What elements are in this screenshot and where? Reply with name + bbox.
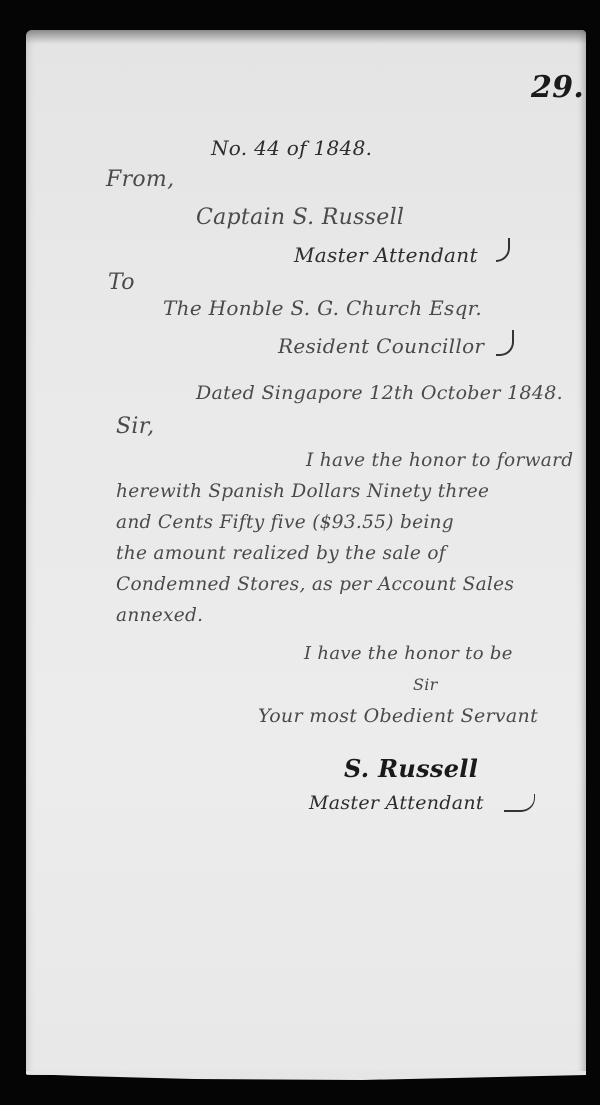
sender-name: Captain S. Russell <box>196 205 404 230</box>
from-label: From, <box>106 167 174 192</box>
body-line: and Cents Fifty five ($93.55) being <box>116 512 454 533</box>
to-label: To <box>108 270 135 295</box>
reference-number: No. 44 of 1848. <box>211 136 372 160</box>
body-line: I have the honor to forward <box>306 450 573 471</box>
recipient-name: The Honble S. G. Church Esqr. <box>163 296 482 320</box>
sender-title: Master Attendant <box>294 243 478 267</box>
salutation: Sir, <box>116 414 154 439</box>
body-line: Condemned Stores, as per Account Sales <box>116 574 514 595</box>
closing-sir: Sir <box>413 675 438 694</box>
flourish-underline <box>504 794 535 812</box>
body-line: annexed. <box>116 605 203 626</box>
closing-servant: Your most Obedient Servant <box>258 705 538 727</box>
date-line: Dated Singapore 12th October 1848. <box>196 382 563 404</box>
recipient-title: Resident Councillor <box>278 334 484 358</box>
flourish-brace <box>496 330 514 356</box>
page-number: 29. <box>531 70 584 105</box>
body-line: the amount realized by the sale of <box>116 543 446 564</box>
signature: S. Russell <box>344 754 478 783</box>
signature-title: Master Attendant <box>309 792 484 814</box>
document-scan: 29. No. 44 of 1848. From, Captain S. Rus… <box>0 0 600 1105</box>
body-line: herewith Spanish Dollars Ninety three <box>116 481 489 502</box>
closing-line: I have the honor to be <box>304 643 513 664</box>
flourish-brace <box>496 238 510 262</box>
letter-page: 29. No. 44 of 1848. From, Captain S. Rus… <box>26 30 586 1075</box>
